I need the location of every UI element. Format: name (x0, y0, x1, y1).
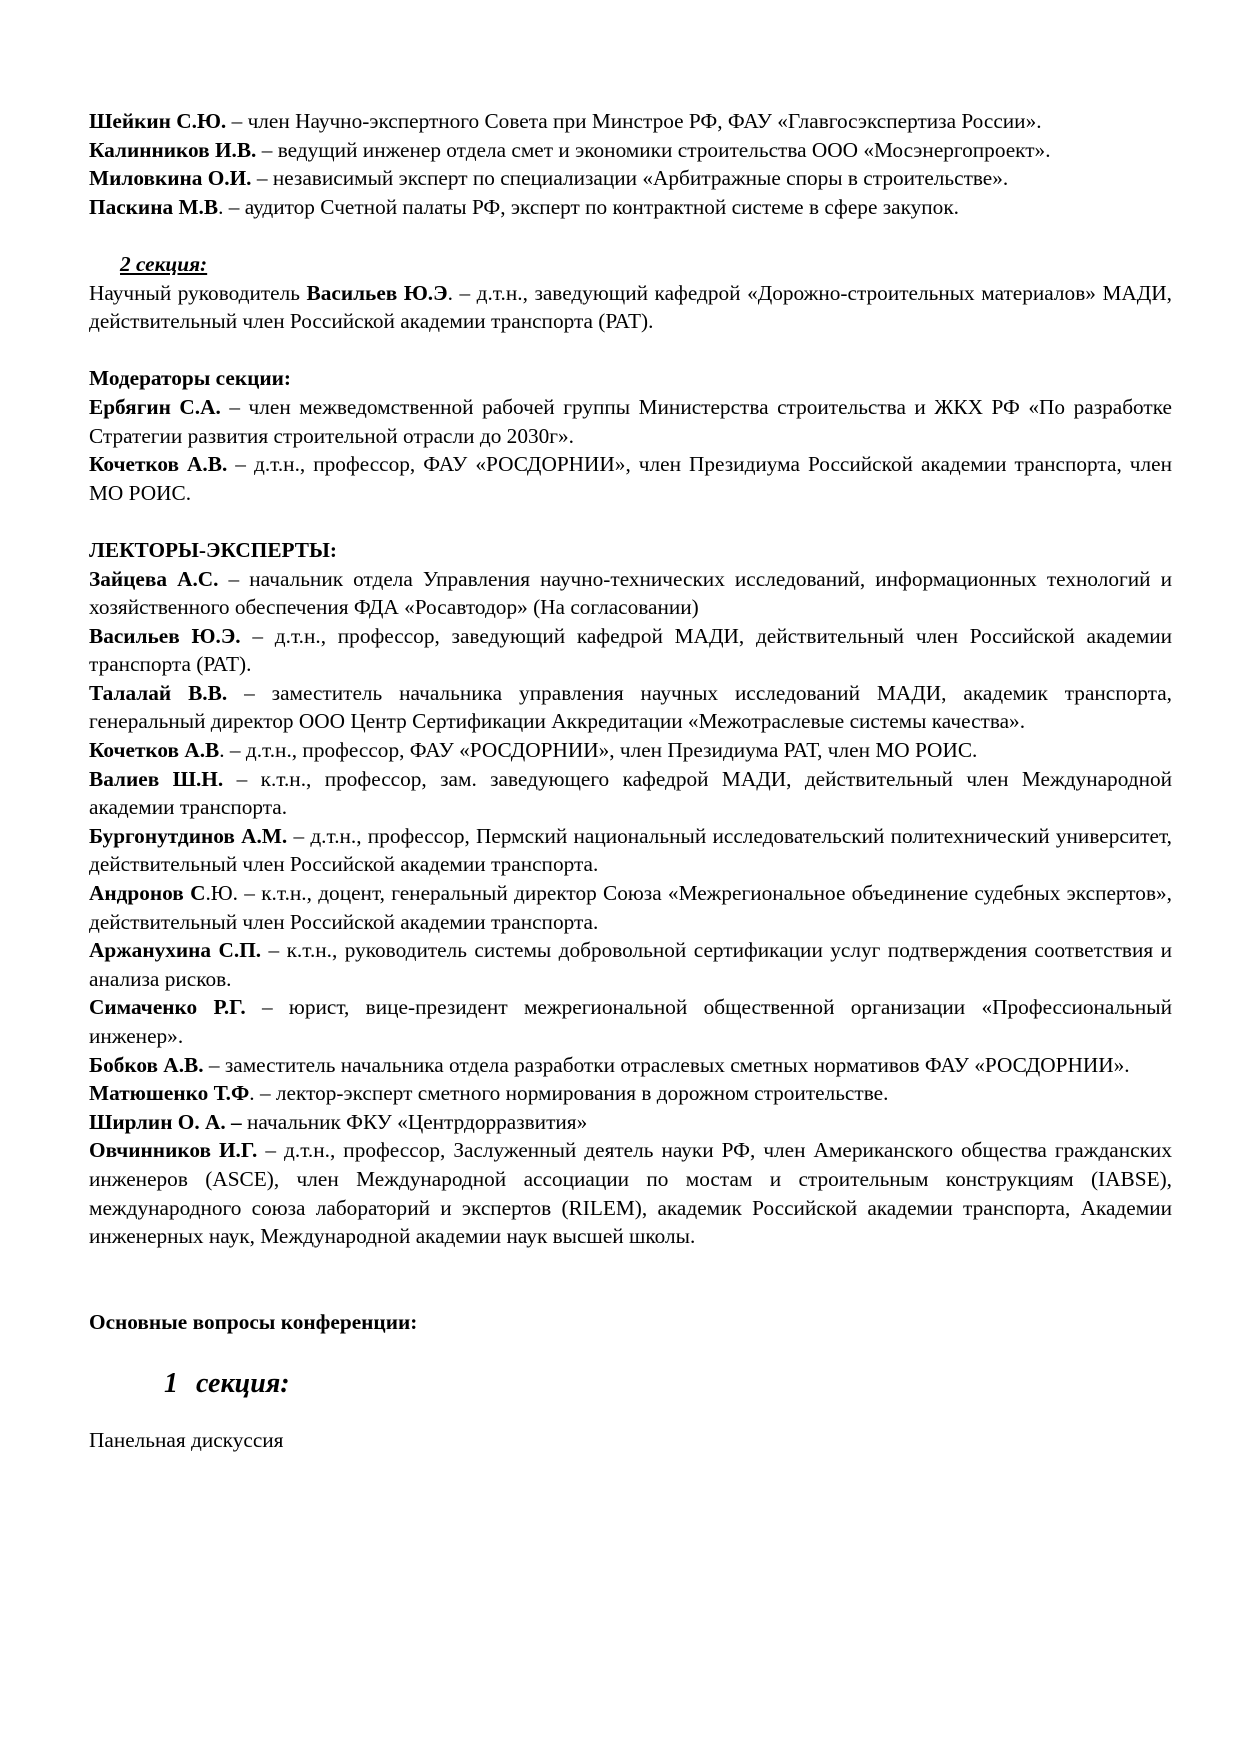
moderators-list: Ербягин С.А. – член межведомственной раб… (89, 393, 1172, 507)
lecturer-name: Васильев Ю.Э. (89, 624, 241, 648)
lecturer-name: Кочетков А.В (89, 738, 219, 762)
experts-top-list: Шейкин С.Ю. – член Научно-экспертного Со… (89, 107, 1172, 221)
lecturer-entry: Андронов С.Ю. – к.т.н., доцент, генераль… (89, 879, 1172, 936)
lead-prefix: Научный руководитель (89, 281, 307, 305)
lead-name: Васильев Ю.Э (307, 281, 448, 305)
lecturer-description: начальник ФКУ «Центрдорразвития» (242, 1110, 588, 1134)
expert-name: Паскина М.В (89, 195, 218, 219)
section-2-lead: Научный руководитель Васильев Ю.Э. – д.т… (89, 279, 1172, 336)
lecturer-entry: Симаченко Р.Г. – юрист, вице-президент м… (89, 993, 1172, 1050)
expert-entry: Шейкин С.Ю. – член Научно-экспертного Со… (89, 107, 1172, 136)
lecturer-description: . – д.т.н., профессор, ФАУ «РОСДОРНИИ», … (219, 738, 977, 762)
expert-description: . – аудитор Счетной палаты РФ, эксперт п… (218, 195, 959, 219)
document-page: Шейкин С.Ю. – член Научно-экспертного Со… (89, 107, 1172, 1455)
moderator-description: – д.т.н., профессор, ФАУ «РОСДОРНИИ», чл… (89, 452, 1172, 505)
lecturer-entry: Бургонутдинов А.М. – д.т.н., профессор, … (89, 822, 1172, 879)
lecturer-name: Валиев Ш.Н. (89, 767, 223, 791)
lecturers-list: Зайцева А.С. – начальник отдела Управлен… (89, 565, 1172, 1251)
lecturer-name: Бургонутдинов А.М. (89, 824, 287, 848)
lecturer-entry: Васильев Ю.Э. – д.т.н., профессор, завед… (89, 622, 1172, 679)
lecturer-entry: Талалай В.В. – заместитель начальника уп… (89, 679, 1172, 736)
lecturer-name: Аржанухина С.П. (89, 938, 261, 962)
expert-description: – ведущий инженер отдела смет и экономик… (256, 138, 1050, 162)
lecturer-name: Овчинников И.Г. (89, 1138, 257, 1162)
moderators-heading: Модераторы секции: (89, 364, 1172, 393)
main-questions-heading: Основные вопросы конференции: (89, 1308, 1172, 1337)
lecturer-name: Матюшенко Т.Ф (89, 1081, 249, 1105)
lecturer-entry: Зайцева А.С. – начальник отдела Управлен… (89, 565, 1172, 622)
expert-name: Шейкин С.Ю. (89, 109, 226, 133)
moderator-entry: Ербягин С.А. – член межведомственной раб… (89, 393, 1172, 450)
section-1-label: секция: (196, 1368, 290, 1399)
lecturer-name: Талалай В.В. (89, 681, 227, 705)
lecturer-description: – юрист, вице-президент межрегиональной … (89, 995, 1172, 1048)
expert-description: – независимый эксперт по специализации «… (252, 166, 1009, 190)
lecturer-entry: Бобков А.В. – заместитель начальника отд… (89, 1051, 1172, 1080)
lecturer-description: – д.т.н., профессор, заведующий кафедрой… (89, 624, 1172, 677)
moderator-name: Ербягин С.А. (89, 395, 221, 419)
lecturer-name: Зайцева А.С. (89, 567, 219, 591)
section-1-number: 1 (164, 1368, 178, 1399)
moderator-entry: Кочетков А.В. – д.т.н., профессор, ФАУ «… (89, 450, 1172, 507)
lecturer-entry: Аржанухина С.П. – к.т.н., руководитель с… (89, 936, 1172, 993)
lecturer-entry: Кочетков А.В. – д.т.н., профессор, ФАУ «… (89, 736, 1172, 765)
lecturer-description: .Ю. – к.т.н., доцент, генеральный директ… (89, 881, 1172, 934)
lecturer-name: Андронов С (89, 881, 205, 905)
moderator-name: Кочетков А.В. (89, 452, 227, 476)
moderator-description: – член межведомственной рабочей группы М… (89, 395, 1172, 448)
lecturer-name: Симаченко Р.Г. (89, 995, 246, 1019)
expert-entry: Паскина М.В. – аудитор Счетной палаты РФ… (89, 193, 1172, 222)
lecturer-entry: Матюшенко Т.Ф. – лектор-эксперт сметного… (89, 1079, 1172, 1108)
panel-discussion-label: Панельная дискуссия (89, 1426, 1172, 1455)
section-2-title: 2 секция: (120, 250, 1172, 279)
lecturer-name: Ширлин О. А. – (89, 1110, 242, 1134)
lecturer-name: Бобков А.В. (89, 1053, 204, 1077)
lecturer-description: – заместитель начальника отдела разработ… (204, 1053, 1130, 1077)
lecturer-description: . – лектор-эксперт сметного нормирования… (249, 1081, 888, 1105)
lecturer-description: – начальник отдела Управления научно-тех… (89, 567, 1172, 620)
expert-description: – член Научно-экспертного Совета при Мин… (226, 109, 1041, 133)
lecturer-description: – к.т.н., профессор, зам. заведующего ка… (89, 767, 1172, 820)
expert-entry: Миловкина О.И. – независимый эксперт по … (89, 164, 1172, 193)
lecturer-description: – заместитель начальника управления науч… (89, 681, 1172, 734)
expert-name: Миловкина О.И. (89, 166, 252, 190)
lecturer-entry: Валиев Ш.Н. – к.т.н., профессор, зам. за… (89, 765, 1172, 822)
lecturer-entry: Овчинников И.Г. – д.т.н., профессор, Зас… (89, 1136, 1172, 1250)
section-1-title: 1секция: (164, 1364, 1172, 1404)
lecturers-heading: ЛЕКТОРЫ-ЭКСПЕРТЫ: (89, 536, 1172, 565)
lecturer-entry: Ширлин О. А. – начальник ФКУ «Центрдорра… (89, 1108, 1172, 1137)
expert-entry: Калинников И.В. – ведущий инженер отдела… (89, 136, 1172, 165)
expert-name: Калинников И.В. (89, 138, 256, 162)
